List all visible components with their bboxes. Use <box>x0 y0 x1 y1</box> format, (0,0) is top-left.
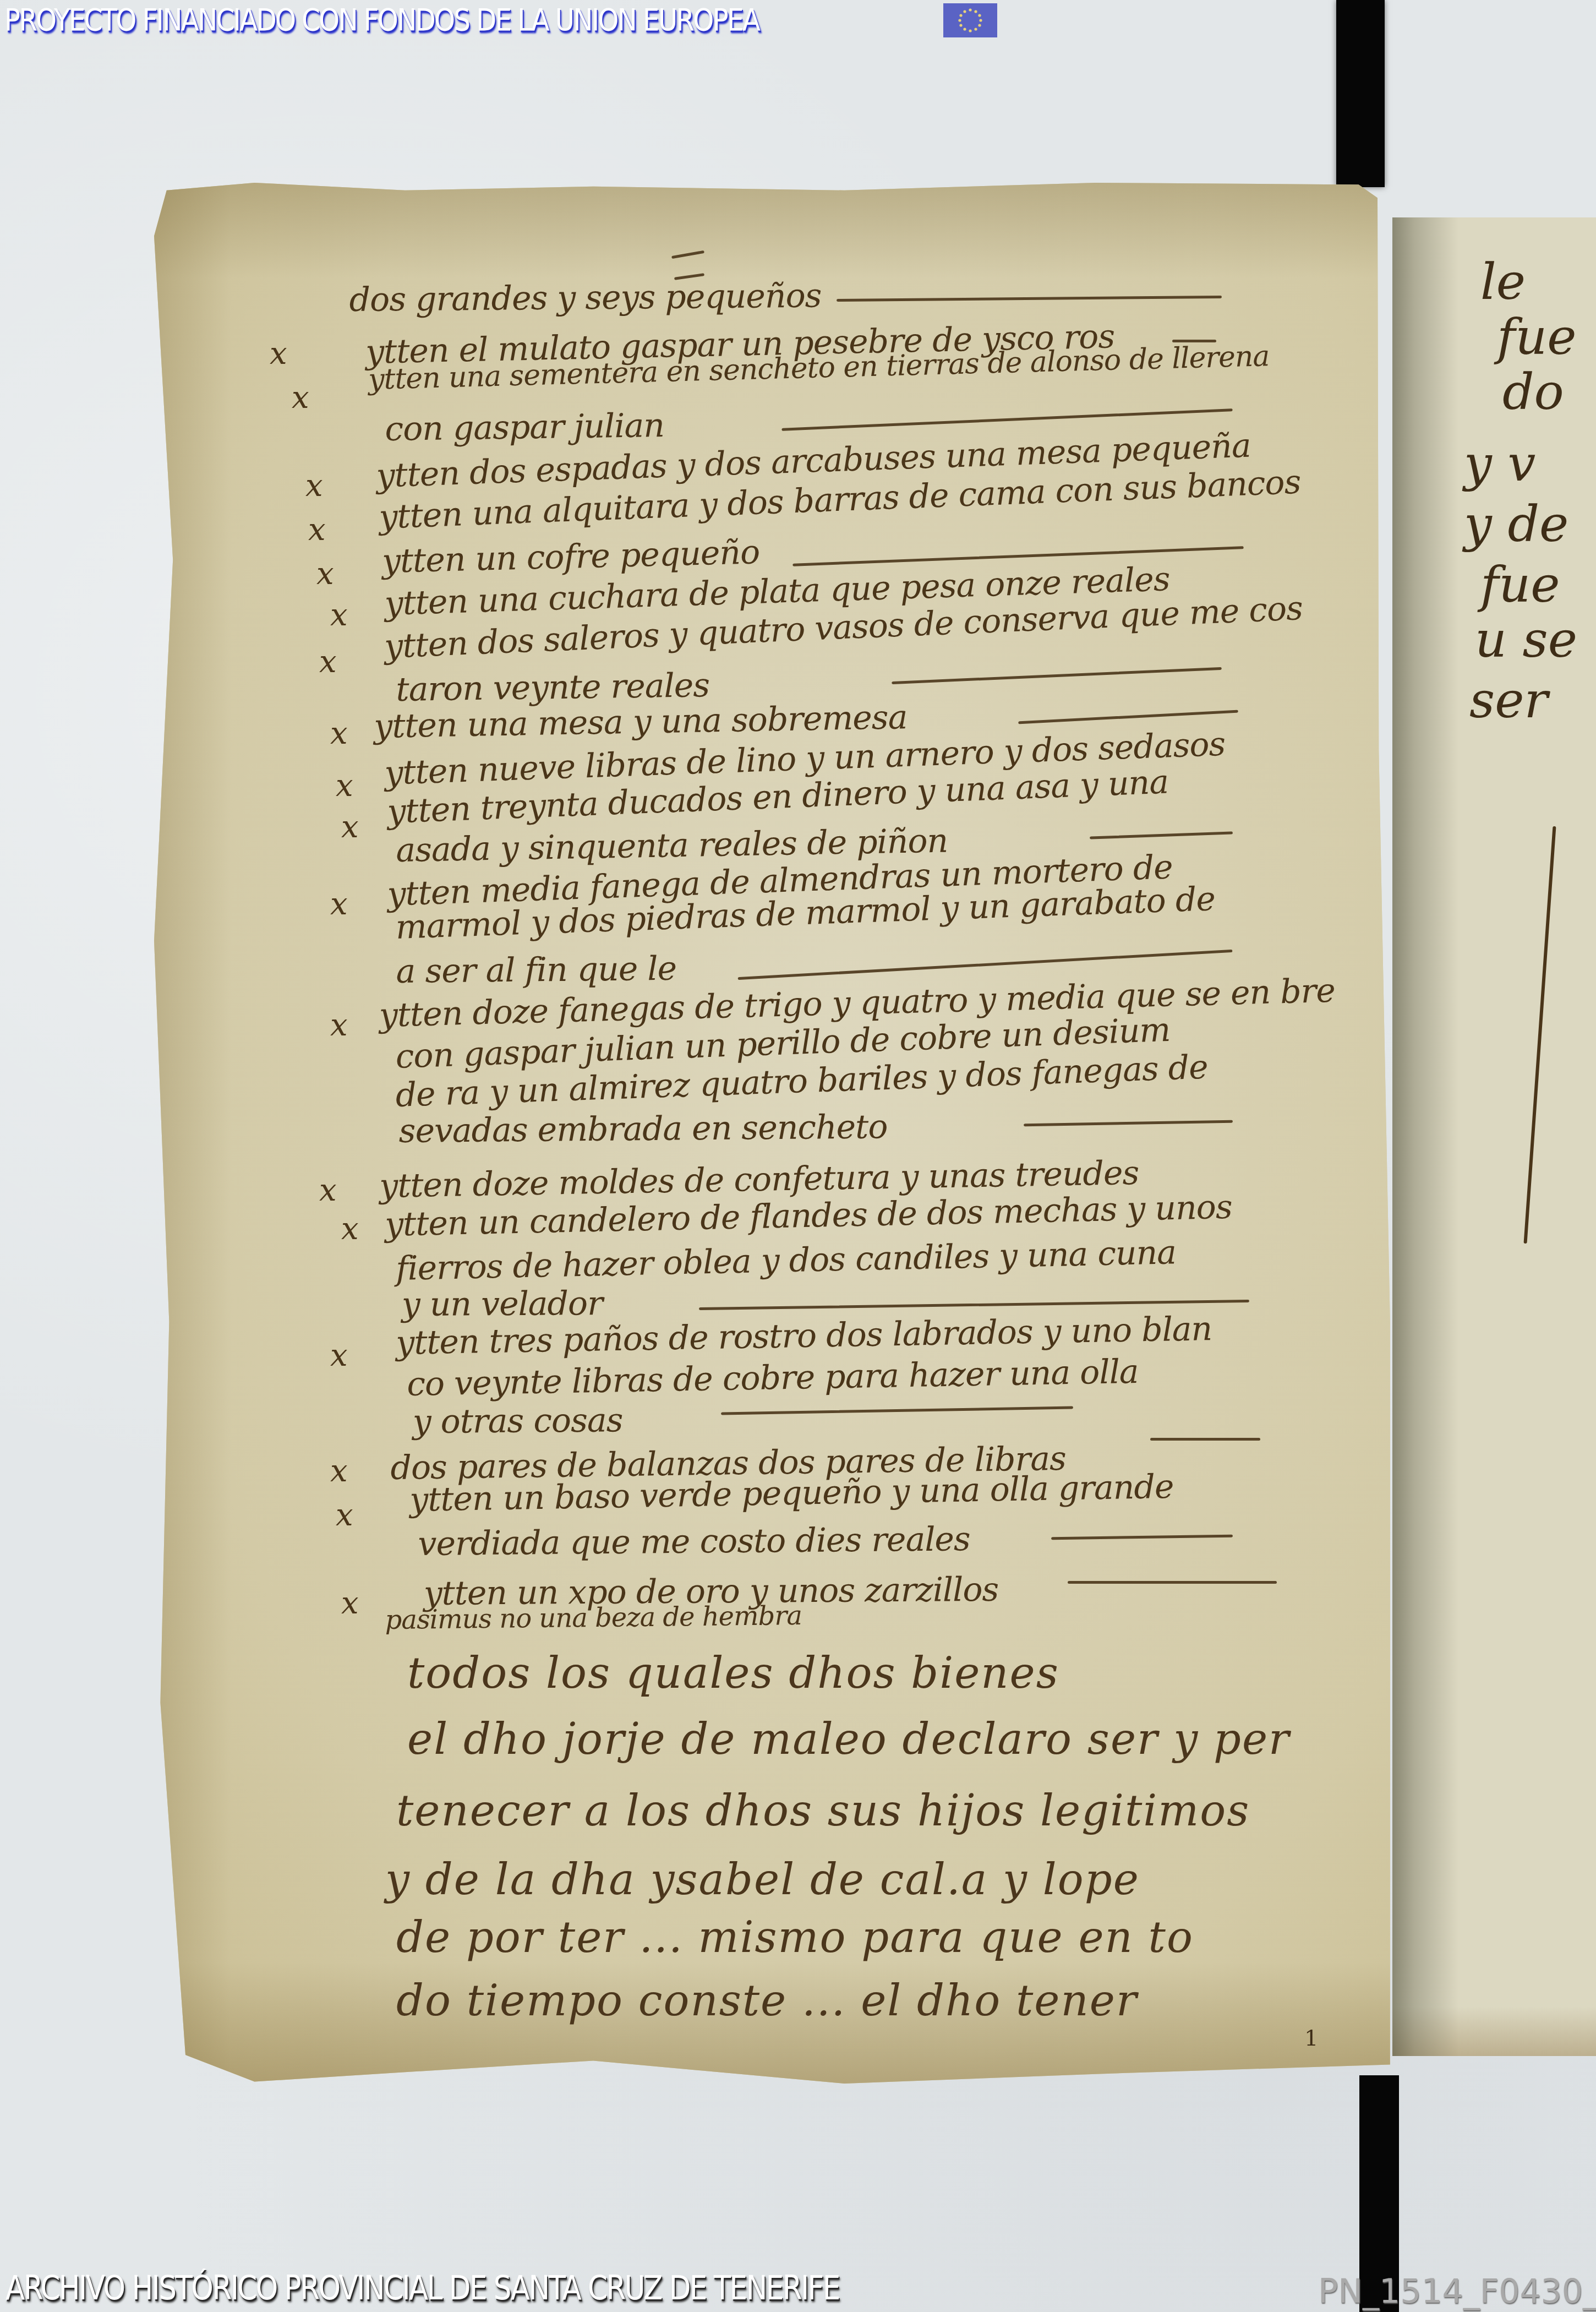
closing-line: do tiempo conste ... el dho tener <box>396 1976 1138 2026</box>
manuscript-line: verdiada que me costo dies reales <box>418 1520 970 1563</box>
closing-line: el dho jorje de maleo declaro ser y per <box>407 1715 1290 1764</box>
margin-mark: x <box>330 1007 348 1043</box>
manuscript-line: pasimus no una beza de hembra <box>385 1600 802 1635</box>
line-filler-stroke <box>1150 1438 1260 1441</box>
archive-name: ARCHIVO HISTÓRICO PROVINCIAL DE SANTA CR… <box>6 2269 839 2308</box>
scan-divider-top <box>1336 0 1385 187</box>
adjacent-fragment: fue <box>1480 556 1560 614</box>
manuscript-line: y otras cosas <box>413 1401 623 1441</box>
margin-mark: x <box>319 1173 337 1208</box>
adjacent-fragment: y de <box>1464 495 1568 553</box>
margin-mark: x <box>330 886 348 922</box>
closing-line: tenecer a los dhos sus hijos legitimos <box>396 1786 1250 1836</box>
adjacent-fragment: do <box>1502 363 1564 421</box>
eu-stars-icon <box>943 3 997 37</box>
margin-mark: x <box>330 716 348 751</box>
margin-mark: x <box>330 597 348 633</box>
document-code: PN_1514_F0430_v <box>1318 2272 1596 2311</box>
page-number: 1 <box>1304 2026 1318 2051</box>
eu-flag-icon <box>943 3 997 37</box>
adjacent-fragment: y v <box>1464 435 1535 493</box>
margin-mark: x <box>316 556 334 592</box>
margin-mark: x <box>319 644 337 680</box>
manuscript-line: y un velador <box>402 1284 603 1324</box>
manuscript-line: a ser al fin que le <box>396 950 676 991</box>
line-filler-stroke <box>1068 1581 1277 1584</box>
margin-mark: x <box>341 1585 359 1621</box>
margin-mark: x <box>336 768 353 804</box>
margin-mark: x <box>336 1497 353 1533</box>
margin-mark: x <box>341 1211 359 1247</box>
manuscript-line: sevadas embrada en sencheto <box>398 1108 887 1150</box>
margin-mark: x <box>308 512 326 548</box>
adjacent-fragment: fue <box>1497 308 1577 366</box>
adjacent-fragment: ser <box>1469 672 1548 729</box>
closing-line: de por ter ... mismo para que en to <box>396 1913 1194 1962</box>
margin-mark: x <box>330 1338 348 1373</box>
margin-mark: x <box>341 809 359 845</box>
manuscript-line: con gaspar julian <box>385 406 664 449</box>
adjacent-page <box>1392 217 1596 2056</box>
adjacent-fragment: le <box>1480 253 1526 311</box>
margin-mark: x <box>330 1453 348 1489</box>
margin-mark: x <box>305 468 323 504</box>
funding-notice: PROYECTO FINANCIADO CON FONDOS DE LA UNI… <box>4 2 759 38</box>
manuscript-line: dos grandes y seys pequeños <box>349 277 821 319</box>
closing-line: todos los quales dhos bienes <box>407 1649 1059 1698</box>
closing-line: y de la dha ysabel de cal.a y lope <box>385 1855 1140 1905</box>
margin-mark: x <box>292 380 309 416</box>
margin-mark: x <box>270 336 287 372</box>
adjacent-fragment: u se <box>1475 611 1577 669</box>
